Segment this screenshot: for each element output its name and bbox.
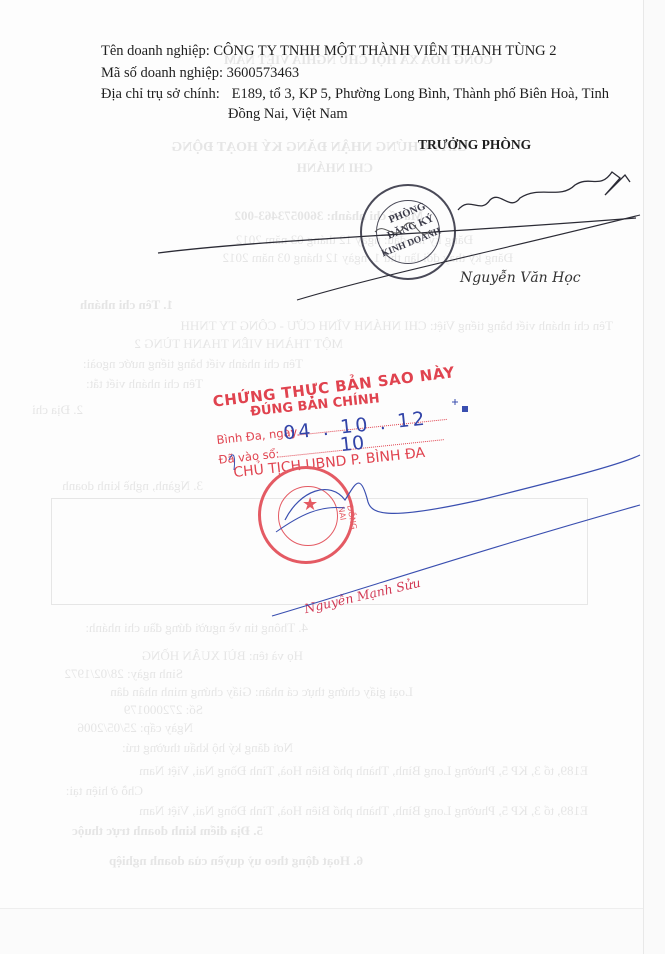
business-registration-seal: PHÒNG ĐĂNG KÝ KINH DOANH bbox=[360, 184, 456, 280]
address-line-1: E189, tổ 3, KP 5, Phường Long Bình, Thàn… bbox=[232, 86, 609, 102]
signer-name-1: Nguyễn Văn Học bbox=[460, 270, 581, 286]
address-line-2: Đồng Nai, Việt Nam bbox=[228, 104, 348, 125]
bleed-line: Nơi đăng ký hộ khẩu thường trú: bbox=[122, 740, 293, 756]
bleed-line: 4. Thông tin về người đứng đầu chi nhánh… bbox=[85, 620, 308, 636]
cert-book-value: 10 bbox=[339, 432, 365, 456]
signer-role-title: TRƯỞNG PHÒNG bbox=[418, 137, 531, 153]
bleed-line: MỘT THÀNH VIÊN THANH TÙNG 2 bbox=[134, 336, 343, 352]
national-emblem-star-icon: ★ bbox=[302, 494, 318, 515]
tax-code-row: Mã số doanh nghiệp: 3600573463 bbox=[101, 63, 299, 84]
bleed-line: Số: 272000179 bbox=[124, 702, 203, 718]
bleed-line: Họ và tên: BÙI XUÂN HỒNG bbox=[142, 648, 303, 664]
bleed-line: E189, tổ 3, KP 5, Phường Long Bình, Thàn… bbox=[139, 803, 588, 819]
tax-code-value: 3600573463 bbox=[227, 65, 300, 81]
bleed-line: 3. Ngành, nghề kinh doanh bbox=[62, 478, 203, 494]
bleed-line: 2. Địa chỉ bbox=[32, 402, 83, 418]
address-row: Địa chỉ trụ sở chính: E189, tổ 3, KP 5, … bbox=[101, 84, 609, 105]
bleed-line: Tên chi nhánh viết bằng tiếng Việt: CHI … bbox=[181, 318, 613, 334]
bleed-line: E189, tổ 3, KP 5, Phường Long Bình, Thàn… bbox=[139, 763, 588, 779]
bleed-line: Chỗ ở hiện tại: bbox=[66, 783, 143, 799]
company-name-value: CÔNG TY TNHH MỘT THÀNH VIÊN THANH TÙNG 2 bbox=[213, 43, 556, 59]
bleed-line: Tên chi nhánh viết bằng tiếng nước ngoài… bbox=[83, 356, 303, 372]
seal-ring-text: ĐỒNG NAI bbox=[336, 504, 358, 531]
page-edge bbox=[643, 0, 665, 954]
bleed-line: Ngày cấp: 25/05/2006 bbox=[77, 720, 193, 736]
company-name-row: Tên doanh nghiệp: CÔNG TY TNHH MỘT THÀNH… bbox=[101, 41, 557, 62]
bleed-line: CHI NHÁNH bbox=[297, 160, 373, 176]
bleed-line: Tên chi nhánh viết tắt: bbox=[86, 376, 203, 392]
ward-people-committee-seal: ★ ĐỒNG NAI bbox=[258, 466, 354, 564]
bleed-line: Loại giấy chứng thực cá nhân: Giấy chứng… bbox=[110, 684, 413, 700]
signer-name-2: Nguyễn Mạnh Sửu bbox=[303, 575, 422, 616]
bleed-line: Sinh ngày: 28/02/1972 bbox=[65, 666, 183, 682]
bleed-line: 1. Tên chi nhánh bbox=[80, 297, 173, 313]
tax-code-label: Mã số doanh nghiệp: bbox=[101, 63, 223, 84]
bleed-line: 6. Hoạt động theo uỷ quyền của doanh ngh… bbox=[109, 853, 363, 869]
company-name-label: Tên doanh nghiệp: bbox=[101, 41, 210, 62]
address-label: Địa chỉ trụ sở chính: bbox=[101, 84, 228, 105]
page-bottom-edge bbox=[0, 908, 643, 954]
bleed-line: 5. Địa điểm kinh doanh trực thuộc bbox=[72, 823, 263, 839]
